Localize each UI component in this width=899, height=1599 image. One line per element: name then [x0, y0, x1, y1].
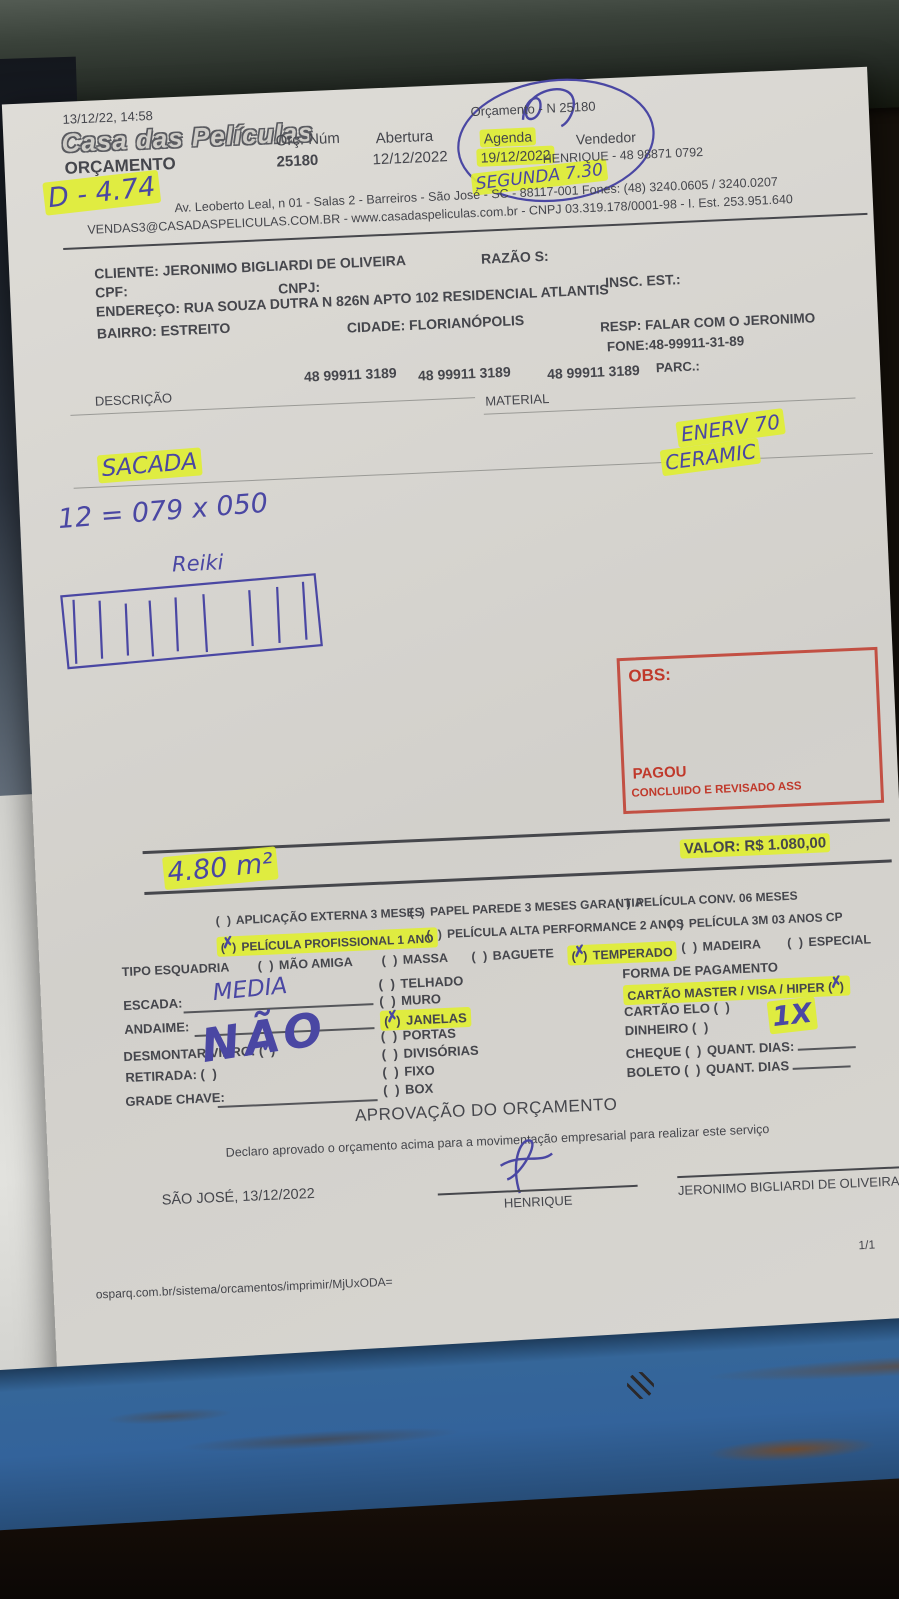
checklist-muro: ( ) MURO	[379, 991, 441, 1009]
fone-value: FONE:48-99911-31-89	[607, 333, 745, 354]
option-label: PORTAS	[402, 1026, 456, 1043]
grade-chave-underline	[217, 1085, 378, 1108]
checkbox: ( )	[382, 1064, 401, 1080]
payment-label: CARTÃO ELO	[624, 1000, 711, 1019]
checklist-box: ( ) BOX	[383, 1081, 434, 1098]
checkbox: ( )	[379, 993, 398, 1009]
checkbox: ( )	[787, 935, 805, 950]
bairro-value: BAIRRO: ESTREITO	[97, 320, 231, 342]
order-number-value: 25180	[276, 152, 318, 171]
checkbox: ( )	[471, 949, 489, 964]
checkbox: ( )	[257, 958, 275, 973]
phone-2: 48 99911 3189	[418, 364, 511, 384]
handwritten-area-desc: SACADA	[97, 447, 202, 483]
handwritten-code: D - 4.74	[42, 170, 161, 216]
quant-dias-underline	[797, 1032, 856, 1051]
handwritten-area-total: 4.80 m²	[162, 846, 278, 890]
option-label: PAPEL PAREDE 3 MESES GARANTIA	[430, 895, 644, 918]
field-label: RETIRADA:	[125, 1067, 197, 1085]
agenda-label: Agenda	[479, 127, 536, 147]
insc-label: INSC. EST.:	[605, 271, 681, 290]
option-madeira: ( ) MADEIRA	[681, 937, 761, 954]
option-label: TEMPERADO	[593, 945, 673, 962]
option-label: ESPECIAL	[808, 932, 871, 949]
opening-date-label: Abertura	[375, 128, 433, 147]
option-label: TELHADO	[400, 973, 463, 991]
quant-dias-underline	[792, 1051, 851, 1070]
descricao-label: DESCRIÇÃO	[95, 390, 173, 408]
page-indicator: 1/1	[858, 1238, 875, 1253]
material-label: MATERIAL	[485, 391, 550, 409]
escada-label: ESCADA:	[123, 995, 183, 1013]
checkbox: ( )	[615, 896, 633, 911]
option-alta-performance: ( ) PELÍCULA ALTA PERFORMANCE 2 ANOS	[426, 917, 684, 942]
option-label: JANELAS	[406, 1010, 467, 1028]
checkbox: ( )	[409, 905, 427, 920]
cpf-label: CPF:	[95, 283, 128, 300]
screw-head	[627, 1372, 654, 1399]
client-name: CLIENTE: JERONIMO BIGLIARDI DE OLIVEIRA	[94, 252, 406, 282]
checkbox: ( )	[383, 1082, 402, 1098]
option-pelicula-conv: ( ) PELÍCULA CONV. 06 MESES	[615, 889, 798, 911]
option-mao-amiga: ( ) MÃO AMIGA	[257, 955, 353, 973]
option-label: FIXO	[404, 1063, 435, 1079]
order-number-label: Orç. Núm	[275, 130, 340, 150]
phone-3: 48 99911 3189	[547, 362, 640, 382]
checkbox: ( )	[378, 976, 397, 992]
option-pelicula-3m: ( ) PELÍCULA 3M 03 ANOS CP	[668, 910, 843, 932]
opening-date-value: 12/12/2022	[372, 148, 448, 168]
checkbox: ( )	[692, 1019, 711, 1035]
payment-label: BOLETO	[626, 1063, 681, 1080]
option-baguete: ( ) BAGUETE	[471, 946, 554, 964]
option-label: PELÍCULA 3M 03 ANOS CP	[689, 910, 843, 931]
option-label: BOX	[405, 1081, 434, 1097]
handwritten-film-line2: CERAMIC	[660, 438, 762, 477]
parc-label: PARC.:	[656, 358, 700, 375]
checkbox: ( )	[381, 953, 399, 968]
option-label: APLICAÇÃO EXTERNA 3 MESES	[236, 905, 423, 927]
checkbox: ( )	[426, 927, 444, 942]
andaime-label: ANDAIME:	[124, 1019, 190, 1037]
obs-stamp-box: OBS: PAGOU CONCLUIDO E REVISADO ASS	[617, 647, 885, 814]
payment-label: DINHEIRO	[625, 1020, 689, 1038]
resp-value: RESP: FALAR COM O JERONIMO	[600, 310, 816, 334]
checklist-portas: ( ) PORTAS	[381, 1026, 457, 1044]
checkbox: ( )	[681, 940, 699, 955]
handwritten-measure: 12 = 079 x 050	[57, 488, 269, 535]
option-label: PELÍCULA CONV. 06 MESES	[636, 889, 798, 910]
option-label: MASSA	[403, 951, 449, 967]
option-label: PELÍCULA ALTA PERFORMANCE 2 ANOS	[447, 917, 685, 941]
pagou-stamp: PAGOU	[632, 763, 687, 782]
payment-title: FORMA DE PAGAMENTO	[622, 959, 778, 981]
pen-signature-drawing	[479, 1133, 572, 1197]
photo-of-document: 13/12/22, 14:58 Casa das Películas ORÇAM…	[0, 0, 899, 1599]
quote-document-paper: 13/12/22, 14:58 Casa das Películas ORÇAM…	[2, 67, 899, 1414]
option-label: PELÍCULA PROFISSIONAL 1 ANO	[241, 931, 434, 953]
option-aplicacao-externa: ( ) APLICAÇÃO EXTERNA 3 MESES	[215, 905, 423, 928]
checkbox: ( )	[668, 916, 686, 931]
valor-total: VALOR: R$ 1.080,00	[680, 833, 831, 859]
payment-cartao-master: CARTÃO MASTER / VISA / HIPER ( )✗	[623, 975, 850, 1005]
option-label: MADEIRA	[702, 937, 761, 954]
option-temperado: ( )✗ TEMPERADO	[567, 941, 677, 966]
option-papel-parede: ( ) PAPEL PAREDE 3 MESES GARANTIA	[409, 895, 643, 919]
concluido-stamp: CONCLUIDO E REVISADO ASS	[631, 780, 802, 799]
checklist-telhado: ( ) TELHADO	[378, 973, 463, 992]
option-especial: ( ) ESPECIAL	[787, 932, 871, 950]
payment-dinheiro: DINHEIRO ( )	[625, 1019, 711, 1038]
checklist-fixo: ( ) FIXO	[382, 1063, 435, 1080]
checkbox: ( )	[381, 1046, 400, 1062]
checkbox: ( )	[215, 913, 233, 928]
grade-chave-label: GRADE CHAVE:	[125, 1090, 225, 1109]
option-massa: ( ) MASSA	[381, 951, 448, 968]
checkbox: ( )	[713, 1000, 732, 1016]
payment-suffix: QUANT. DIAS	[706, 1058, 790, 1077]
city-date: SÃO JOSÉ, 13/12/2022	[161, 1186, 315, 1209]
obs-label: OBS:	[628, 665, 671, 687]
client-address: ENDEREÇO: RUA SOUZA DUTRA N 826N APTO 10…	[96, 281, 609, 319]
checkbox: ( )	[381, 1028, 400, 1044]
checklist-divisorias: ( ) DIVISÓRIAS	[381, 1043, 479, 1062]
option-label: MURO	[401, 991, 441, 1008]
option-label: BAGUETE	[492, 946, 554, 963]
tipo-esquadria-label: TIPO ESQUADRIA	[121, 960, 229, 979]
handwritten-installments: 1X	[767, 996, 818, 1034]
tally-box-drawing	[53, 568, 352, 679]
checkbox: ( )	[685, 1043, 704, 1059]
option-label: DIVISÓRIAS	[403, 1043, 479, 1061]
phone-1: 48 99911 3189	[304, 365, 397, 385]
vendedor-label: Vendedor	[576, 129, 637, 148]
option-label: MÃO AMIGA	[279, 955, 353, 972]
footer-url: osparq.com.br/sistema/orcamentos/imprimi…	[96, 1275, 393, 1302]
razao-label: RAZÃO S:	[481, 248, 549, 267]
cidade-value: CIDADE: FLORIANÓPOLIS	[347, 312, 525, 336]
checkbox: ( )	[684, 1062, 703, 1078]
